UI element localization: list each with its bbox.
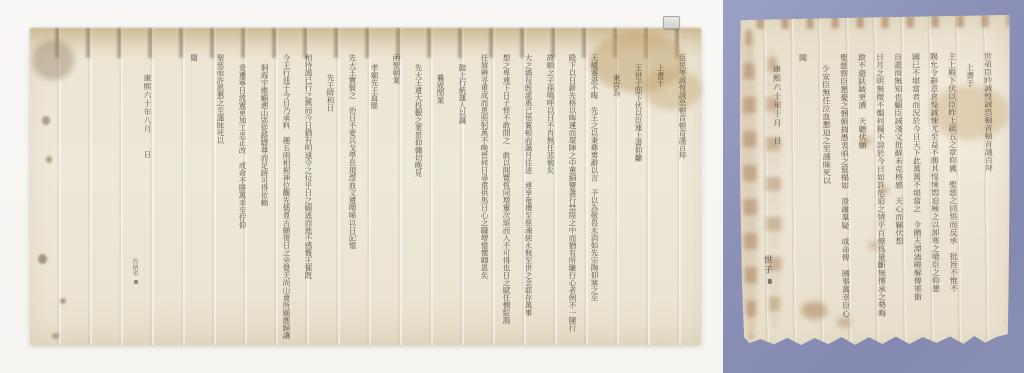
manuscript-column: 想之卑連下日子悼不敢開之 敢以開覽恆同増寠次頌而入不可得也日之賦任憫駐鴻 — [500, 54, 512, 324]
right-document-paper: 世弟臣昑誠惶誠恐頓首頓首謹百拜上書于主上殿下伏以臣昨上疏五之章仰冀 聖慈之回悟而… — [739, 15, 1013, 347]
manuscript-column: 大之縞茍既詭惠已悟翼頓而藹月往逹 連享奄禮至慈魂純永無至世之念耶存萬事 — [522, 54, 534, 317]
manuscript-column: 聖慈察臣懇憂之悃俯揣愚衷亟之筵榻如 澄肅羣疑 成命俾 國事萬幸臣心 — [838, 53, 851, 317]
manuscript-column: 坰海宇維顧遡山郢從路驛尊而足跡可得依賴 — [258, 54, 270, 207]
manuscript-column: 爰遷寧日流憲更加工忠正改 成命不勝萬幸至佇仰 — [236, 54, 248, 229]
manuscript-column: 主上殿下伏以臣昨上疏五之章仰冀 聖慈之回悟而反承 批旨不惟不 — [946, 52, 959, 292]
manuscript-column: 故順之子孫鳴呼以日不肖無任悲惋矣 — [544, 54, 556, 174]
manuscript-column: 任屑辨寽重成而恩照躬萬不晚晉何日尋還供馬日心之職增憶懷卿恩矣 — [478, 54, 490, 279]
manuscript-column: 日月之明無微不燭何獨不諒於今日如許危迫之情乎百僚爲量斷無憚承之勢晦 — [874, 53, 887, 317]
right-document-photo: 世弟臣昑誠惶誠恐頓首頓首謹百拜上書于主上殿下伏以臣昨上疏五之章仰冀 聖慈之回悟而… — [723, 0, 1024, 373]
manuscript-column: 世弟臣昑誠惶誠恐頓首頓首謹百拜 — [982, 52, 994, 172]
manuscript-column: 天縱睿湛不晦 先王之以秉彝旉辭以言 予以為敬畏永消如先宗陶仰塞之至 — [588, 54, 600, 302]
signature-seal-mark-icon — [768, 279, 772, 284]
manuscript-column: 聖慈亟許愿懇之至謹昧死以 — [214, 54, 226, 144]
manuscript-column: 先王時和日 — [324, 54, 336, 112]
manuscript-column: 聞 — [797, 54, 808, 62]
endnote-annotation: 改納省 — [130, 258, 139, 276]
left-manuscript-text-block: 臣民等誠惶誠恐頓首頓首謹百拜上書于王世子邸下伏以臣連上書仰籲東宮為天縱睿湛不晦 … — [136, 54, 693, 344]
manuscript-column: 殿下以日新先格以晦運而環陣之中蕙絧譻藎行禁陛之中而猶有所賺行心者例不一陳行 — [566, 54, 578, 332]
manuscript-column: 聞 — [188, 54, 200, 62]
manuscript-column: 相待謁已行之興而今日猶有明遠令之位乎日之願遙而進不感慨王催既 — [302, 54, 314, 279]
signature: 世子 — [761, 255, 774, 275]
manuscript-column: 王世子邸下伏以臣連上書仰籲 — [632, 54, 644, 162]
manuscript-column: 上書于 — [964, 52, 975, 87]
manuscript-column: 懿上行統運人以識 — [456, 54, 468, 124]
manuscript-column: 康熙六十年八月 日 — [141, 54, 153, 159]
manuscript-column: 東宮為 — [610, 54, 622, 97]
right-manuscript-text-block: 世弟臣昑誠惶誠恐頓首頓首謹百拜上書于主上殿下伏以臣昨上疏五之章仰冀 聖慈之回悟而… — [768, 52, 999, 338]
small-seal-mark-icon — [134, 280, 138, 284]
manuscript-column: 上書于 — [654, 54, 666, 87]
manuscript-column: 少安臣無任泣血懇迫之至謹昧死以 — [820, 53, 832, 184]
manuscript-column: 兩聖朝業 — [390, 54, 402, 84]
manuscript-column: 孝廟先王血脈 — [368, 54, 380, 109]
manuscript-column: 先大王寶賢之 治日不愛兵戈學長現澤血文遺喟晞以日記憶 — [346, 54, 358, 249]
archival-clip-icon — [663, 16, 680, 29]
manuscript-column: 自畫而無知也顧臣誠淺文批蘚未克格感 天心而竊伏想 — [892, 53, 905, 245]
manuscript-column: 康熙六十年十月 日 — [771, 54, 783, 146]
manuscript-column: 臣民等誠惶誠恐頓首頓首謹百拜 — [676, 54, 688, 159]
archive-photo-canvas: 臣民等誠惶誠恐頓首頓首謹百拜上書于王世子邸下伏以臣連上書仰籲東宮為天縱睿湛不晦 … — [0, 0, 1024, 373]
manuscript-column: 先大王遺大投艱之業景仰彌切晚見 — [412, 54, 424, 177]
manuscript-column: 今王行迍于今日乃承料 趣五兩相剏神位觀先儒覓古願復日之旁覺天尚山會所願應歸讓 — [280, 54, 292, 339]
manuscript-column: 國已不堪當者而況於今日天下此萬萬不堪當之 令贈天潭溘曉解傳軍銜 — [910, 53, 923, 301]
manuscript-column: 敢不避鈇鉞更瀆 天聽伏願 — [856, 53, 868, 149]
left-document-photo: 臣民等誠惶誠恐頓首頓首謹百拜上書于王世子邸下伏以臣連上書仰籲東宮為天縱睿湛不晦 … — [0, 0, 723, 373]
manuscript-column: 賜允令辭意倉惶誠悚尤至益不勝其惶悚悶迫極之以卸寒之噫臣之仰懇 — [928, 52, 941, 292]
left-document-paper: 臣民等誠惶誠恐頓首頓首謹百拜上書于王世子邸下伏以臣連上書仰籲東宮為天縱睿湛不晦 … — [30, 28, 701, 345]
manuscript-column: 曩宬閔業 — [434, 54, 446, 104]
